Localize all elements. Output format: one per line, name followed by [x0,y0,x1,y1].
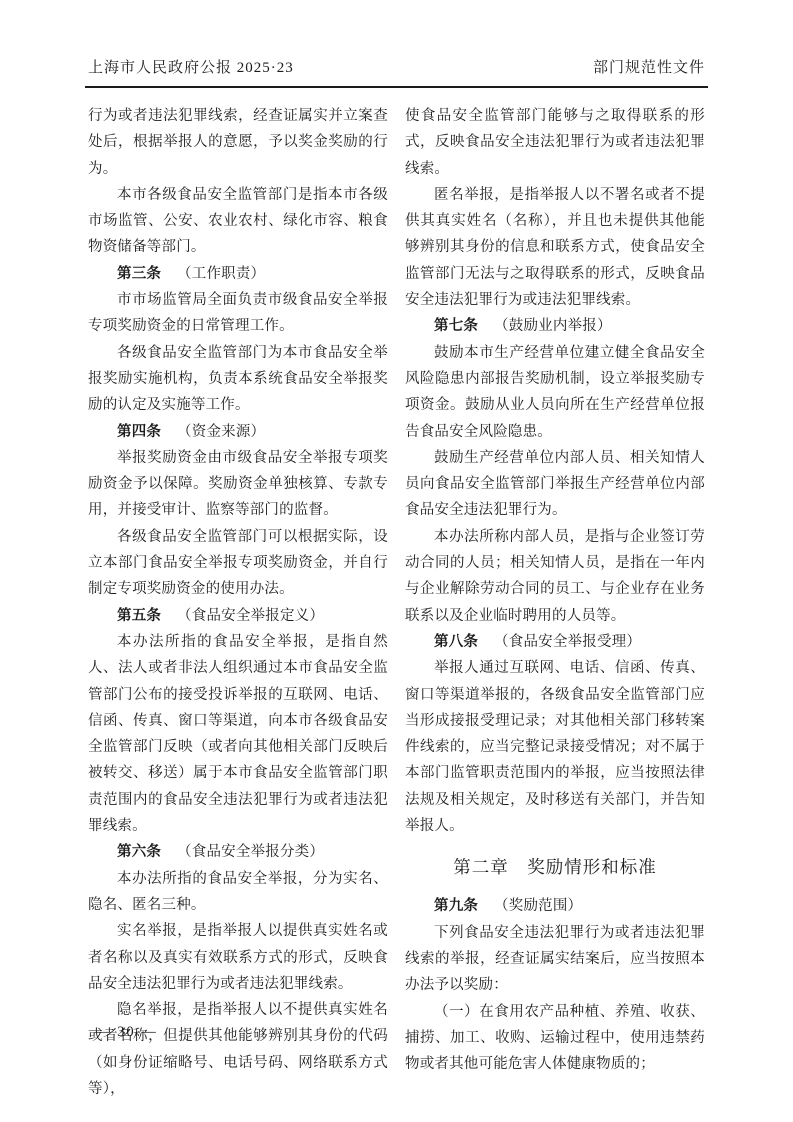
header-divider [85,86,708,88]
paragraph: 本办法所指的食品安全举报，是指自然人、法人或者非法人组织通过本市食品安全监管部门… [88,629,388,839]
document-body: 行为或者违法犯罪线索，经查证属实并立案查处后，根据举报人的意愿，予以奖金奖励的行… [88,103,705,1102]
paragraph: 各级食品安全监管部门为本市食品安全举报奖励实施机构，负责本系统食品安全举报奖励的… [88,340,388,419]
article-number: 第六条 [117,844,161,860]
paragraph: 举报奖励资金由市级食品安全举报专项奖励资金予以保障。奖励资金单独核算、专款专用，… [88,445,388,524]
section-label: 部门规范性文件 [593,57,705,79]
right-column: 使食品安全监管部门能够与之取得联系的形式，反映食品安全违法犯罪行为或者违法犯罪线… [405,103,705,1102]
paragraph: 使食品安全监管部门能够与之取得联系的形式，反映食品安全违法犯罪行为或者违法犯罪线… [405,103,705,182]
article-heading: 第六条（食品安全举报分类） [88,839,388,865]
article-number: 第四条 [117,424,161,440]
article-number: 第三条 [117,266,161,282]
paragraph: 匿名举报，是指举报人以不署名或者不提供其真实姓名（名称），并且也未提供其他能够辨… [405,182,705,313]
paragraph: 市市场监管局全面负责市级食品安全举报专项奖励资金的日常管理工作。 [88,287,388,340]
paragraph: 本市各级食品安全监管部门是指本市各级市场监管、公安、农业农村、绿化市容、粮食物资… [88,182,388,261]
article-heading: 第四条（资金来源） [88,419,388,445]
article-title: （资金来源） [177,424,265,440]
gazette-title: 上海市人民政府公报 2025·23 [88,57,294,79]
article-heading: 第八条（食品安全举报受理） [405,629,705,655]
article-number: 第九条 [434,898,478,914]
paragraph: 行为或者违法犯罪线索，经查证属实并立案查处后，根据举报人的意愿，予以奖金奖励的行… [88,103,388,182]
article-title: （鼓励业内举报） [494,318,612,334]
article-heading: 第七条（鼓励业内举报） [405,313,705,339]
article-heading: 第三条（工作职责） [88,261,388,287]
left-column: 行为或者违法犯罪线索，经查证属实并立案查处后，根据举报人的意愿，予以奖金奖励的行… [88,103,388,1102]
paragraph: 隐名举报，是指举报人以不提供真实姓名或者名称，但提供其他能够辨别其身份的代码（如… [88,997,388,1102]
page-number: — 30 — [95,1024,158,1041]
gazette-page: 上海市人民政府公报 2025·23 部门规范性文件 行为或者违法犯罪线索，经查证… [0,0,793,1122]
paragraph: （一）在食用农产品种植、养殖、收获、捕捞、加工、收购、运输过程中，使用违禁药物或… [405,999,705,1078]
paragraph: 各级食品安全监管部门可以根据实际，设立本部门食品安全举报专项奖励资金，并自行制定… [88,524,388,603]
article-title: （奖励范围） [494,898,582,914]
article-heading: 第五条（食品安全举报定义） [88,603,388,629]
paragraph: 实名举报，是指举报人以提供真实姓名或者名称以及真实有效联系方式的形式，反映食品安… [88,918,388,997]
paragraph: 鼓励生产经营单位内部人员、相关知情人员向食品安全监管部门举报生产经营单位内部食品… [405,445,705,524]
paragraph: 本办法所指的食品安全举报，分为实名、隐名、匿名三种。 [88,866,388,919]
page-header: 上海市人民政府公报 2025·23 部门规范性文件 [88,0,705,79]
article-number: 第五条 [117,608,161,624]
chapter-heading: 第二章 奖励情形和标准 [405,853,705,881]
paragraph: 本办法所称内部人员，是指与企业签订劳动合同的人员；相关知情人员，是指在一年内与企… [405,524,705,629]
paragraph: 举报人通过互联网、电话、信函、传真、窗口等渠道举报的，各级食品安全监管部门应当形… [405,655,705,839]
article-number: 第八条 [434,634,478,650]
article-number: 第七条 [434,318,478,334]
article-title: （工作职责） [177,266,265,282]
article-title: （食品安全举报分类） [177,844,324,860]
article-title: （食品安全举报受理） [494,634,641,650]
article-title: （食品安全举报定义） [177,608,324,624]
paragraph: 下列食品安全违法犯罪行为或者违法犯罪线索的举报，经查证属实结案后，应当按照本办法… [405,920,705,999]
paragraph: 鼓励本市生产经营单位建立健全食品安全风险隐患内部报告奖励机制，设立举报奖励专项资… [405,340,705,445]
article-heading: 第九条（奖励范围） [405,893,705,919]
